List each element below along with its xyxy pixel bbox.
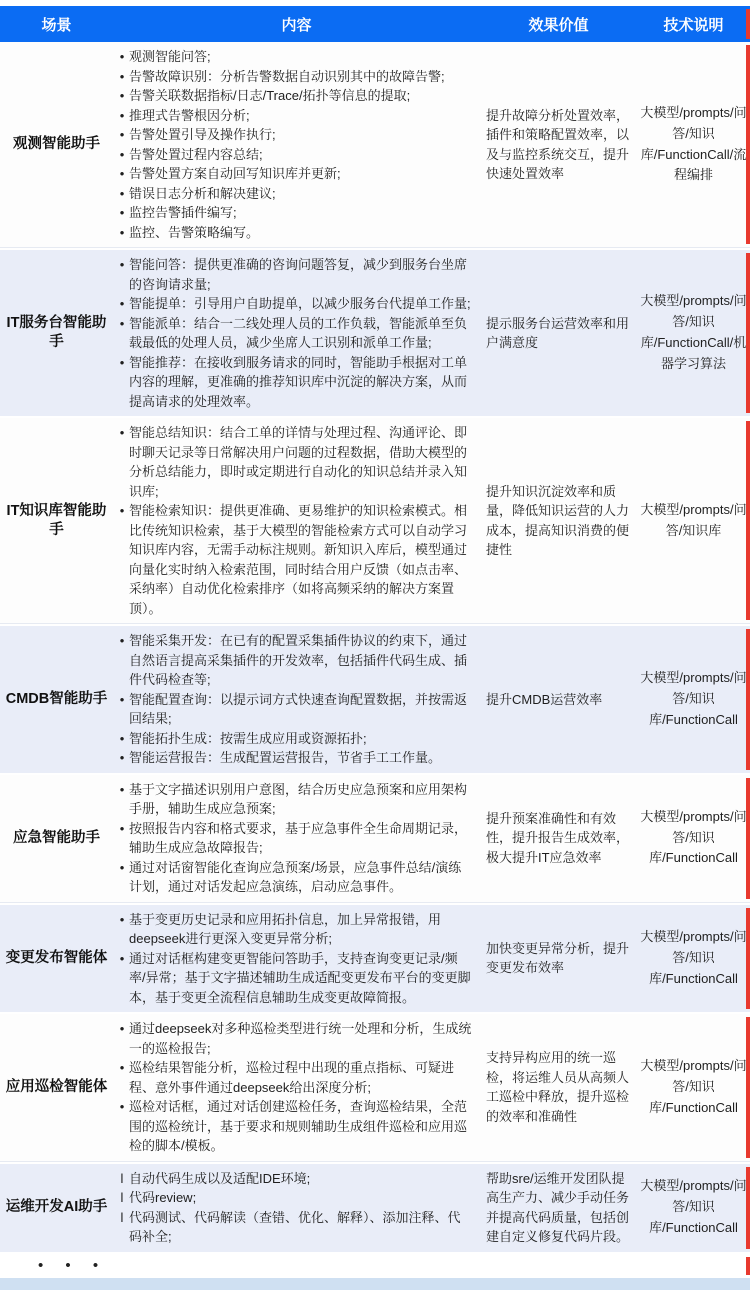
content-item-text: 告警故障识别：分析告警数据自动识别其中的故障告警; [129, 67, 472, 87]
scenario-cell: 应用巡检智能体 [0, 1014, 113, 1161]
content-item: •告警处置方案自动回写知识库并更新; [115, 164, 472, 184]
scenario-cell: IT服务台智能助手 [0, 250, 113, 416]
scenario-cell: IT知识库智能助手 [0, 418, 113, 623]
content-item: •智能总结知识：结合工单的详情与处理过程、沟通评论、即时聊天记录等日常解决用户问… [115, 423, 472, 501]
content-item: •基于文字描述识别用户意图，结合历史应急预案和应用架构手册，辅助生成应急预案; [115, 780, 472, 819]
content-item-text: 智能推荐：在接收到服务请求的同时，智能助手根据对工单内容的理解，更准确的推荐知识… [129, 353, 472, 412]
red-edge-mark [746, 1017, 750, 1158]
content-item-text: 基于文字描述识别用户意图，结合历史应急预案和应用架构手册，辅助生成应急预案; [129, 780, 472, 819]
tech-cell: 大模型/prompts/问答/知识库/FunctionCall [637, 905, 750, 1013]
bullet-marker: • [115, 164, 129, 184]
content-item-text: 通过对话窗智能化查询应急预案/场景，应急事件总结/演练计划，通过对话发起应急演练… [129, 858, 472, 897]
content-item: l自动代码生成以及适配IDE环境; [115, 1169, 472, 1189]
content-item-text: 观测智能问答; [129, 47, 472, 67]
bullet-marker: • [115, 125, 129, 145]
content-item-text: 推理式告警根因分析; [129, 106, 472, 126]
content-item-text: 通过对话框构建变更智能问答助手，支持查询变更记录/频率/异常；基于文字描述辅助生… [129, 949, 472, 1008]
content-cell: •通过deepseek对多种巡检类型进行统一处理和分析，生成统一的巡检报告;•巡… [113, 1014, 480, 1161]
column-header-content: 内容 [113, 14, 480, 35]
content-cell: •观测智能问答;•告警故障识别：分析告警数据自动识别其中的故障告警;•告警关联数… [113, 42, 480, 247]
bullet-marker: • [115, 949, 129, 969]
bullet-marker: • [115, 255, 129, 275]
table-row: IT知识库智能助手 •智能总结知识：结合工单的详情与处理过程、沟通评论、即时聊天… [0, 418, 750, 624]
content-item-text: 智能配置查询：以提示词方式快速查询配置数据，并按需返回结果; [129, 690, 472, 729]
content-item: •告警故障识别：分析告警数据自动识别其中的故障告警; [115, 67, 472, 87]
tech-cell: 大模型/prompts/问答/知识库/FunctionCall/机器学习算法 [637, 250, 750, 416]
value-cell: 帮助sre/运维开发团队提高生产力、减少手动任务并提高代码质量，包括创建自定义修… [480, 1164, 637, 1252]
content-item-text: 监控告警插件编写; [129, 203, 472, 223]
bullet-marker: • [115, 47, 129, 67]
tech-cell: 大模型/prompts/问答/知识库/FunctionCall [637, 775, 750, 902]
content-item: •基于变更历史记录和应用拓扑信息，加上异常报错，用deepseek进行更深入变更… [115, 910, 472, 949]
content-cell: l自动代码生成以及适配IDE环境;l代码review;l代码测试、代码解读（查错… [113, 1164, 480, 1252]
content-item-text: 按照报告内容和格式要求，基于应急事件全生命周期记录，辅助生成应急故障报告; [129, 819, 472, 858]
content-item: •通过deepseek对多种巡检类型进行统一处理和分析，生成统一的巡检报告; [115, 1019, 472, 1058]
red-edge-mark [746, 421, 750, 620]
red-edge-mark [746, 908, 750, 1010]
bullet-marker: • [115, 690, 129, 710]
tech-cell: 大模型/prompts/问答/知识库/FunctionCall [637, 1014, 750, 1161]
content-item: •通过对话窗智能化查询应急预案/场景，应急事件总结/演练计划，通过对话发起应急演… [115, 858, 472, 897]
tech-cell: 大模型/prompts/问答/知识库/FunctionCall [637, 1164, 750, 1252]
bullet-marker: • [115, 780, 129, 800]
red-edge-mark [746, 9, 750, 39]
content-item: •通过对话框构建变更智能问答助手，支持查询变更记录/频率/异常；基于文字描述辅助… [115, 949, 472, 1008]
content-item-text: 告警处置过程内容总结; [129, 145, 472, 165]
content-item-text: 错误日志分析和解决建议; [129, 184, 472, 204]
content-item-text: 巡检对话框，通过对话创建巡检任务，查询巡检结果，全范围的巡检统计，基于要求和规则… [129, 1097, 472, 1156]
bullet-marker: • [115, 501, 129, 521]
content-item: •智能采集开发：在已有的配置采集插件协议的约束下，通过自然语言提高采集插件的开发… [115, 631, 472, 690]
column-header-scenario: 场景 [0, 14, 113, 35]
bullet-marker: • [115, 223, 129, 243]
value-cell: 加快变更异常分析，提升变更发布效率 [480, 905, 637, 1013]
bullet-marker: • [115, 819, 129, 839]
scenario-cell: 应急智能助手 [0, 775, 113, 902]
content-item-text: 通过deepseek对多种巡检类型进行统一处理和分析，生成统一的巡检报告; [129, 1019, 472, 1058]
content-item: •巡检对话框，通过对话创建巡检任务，查询巡检结果，全范围的巡检统计，基于要求和规… [115, 1097, 472, 1156]
content-item-text: 自动代码生成以及适配IDE环境; [129, 1169, 472, 1189]
content-item-text: 智能采集开发：在已有的配置采集插件协议的约束下，通过自然语言提高采集插件的开发效… [129, 631, 472, 690]
content-item: l代码review; [115, 1188, 472, 1208]
scenario-cell: 运维开发AI助手 [0, 1164, 113, 1252]
bullet-marker: • [115, 314, 129, 334]
red-edge-mark [746, 253, 750, 413]
content-item: •告警处置引导及操作执行; [115, 125, 472, 145]
content-item: •告警处置过程内容总结; [115, 145, 472, 165]
content-item: •智能检索知识：提供更准确、更易维护的知识检索模式。相比传统知识检索，基于大模型… [115, 501, 472, 618]
value-cell: 支持异构应用的统一巡检，将运维人员从高频人工巡检中释放，提升巡检的效率和准确性 [480, 1014, 637, 1161]
content-item: •智能拓扑生成：按需生成应用或资源拓扑; [115, 729, 472, 749]
value-cell: 提升CMDB运营效率 [480, 626, 637, 773]
bullet-marker: l [115, 1169, 129, 1189]
content-cell: •基于变更历史记录和应用拓扑信息，加上异常报错，用deepseek进行更深入变更… [113, 905, 480, 1013]
content-item-text: 智能问答：提供更准确的咨询问题答复，减少到服务台坐席的咨询请求量; [129, 255, 472, 294]
content-item-text: 智能检索知识：提供更准确、更易维护的知识检索模式。相比传统知识检索，基于大模型的… [129, 501, 472, 618]
bullet-marker: • [115, 748, 129, 768]
bullet-marker: • [115, 858, 129, 878]
red-edge-mark [746, 629, 750, 770]
content-item: •监控、告警策略编写。 [115, 223, 472, 243]
content-item-text: 监控、告警策略编写。 [129, 223, 472, 243]
content-cell: •基于文字描述识别用户意图，结合历史应急预案和应用架构手册，辅助生成应急预案;•… [113, 775, 480, 902]
bullet-marker: • [115, 106, 129, 126]
content-cell: •智能总结知识：结合工单的详情与处理过程、沟通评论、即时聊天记录等日常解决用户问… [113, 418, 480, 623]
scenario-cell: 观测智能助手 [0, 42, 113, 247]
content-item-text: 智能拓扑生成：按需生成应用或资源拓扑; [129, 729, 472, 749]
table-row: 应急智能助手 •基于文字描述识别用户意图，结合历史应急预案和应用架构手册，辅助生… [0, 775, 750, 903]
bullet-marker: • [115, 203, 129, 223]
content-item: •智能问答：提供更准确的咨询问题答复，减少到服务台坐席的咨询请求量; [115, 255, 472, 294]
value-cell: 提升预案准确性和有效性，提升报告生成效率，极大提升IT应急效率 [480, 775, 637, 902]
bullet-marker: l [115, 1188, 129, 1208]
tech-cell: 大模型/prompts/问答/知识库 [637, 418, 750, 623]
content-item-text: 代码review; [129, 1188, 472, 1208]
content-item: •巡检结果智能分析，巡检过程中出现的重点指标、可疑进程、意外事件通过deepse… [115, 1058, 472, 1097]
content-item: •智能提单：引导用户自助提单，以减少服务台代提单工作量; [115, 294, 472, 314]
bullet-marker: • [115, 145, 129, 165]
scenario-cell: 变更发布智能体 [0, 905, 113, 1013]
content-item-text: 智能提单：引导用户自助提单，以减少服务台代提单工作量; [129, 294, 472, 314]
tech-cell: 大模型/prompts/问答/知识库/FunctionCall/流程编排 [637, 42, 750, 247]
content-item: •按照报告内容和格式要求，基于应急事件全生命周期记录，辅助生成应急故障报告; [115, 819, 472, 858]
content-item-text: 告警关联数据指标/日志/Trace/拓扑等信息的提取; [129, 86, 472, 106]
content-item: •智能派单：结合一二线处理人员的工作负载，智能派单至负载最低的处理人员，减少坐席… [115, 314, 472, 353]
content-item: •智能配置查询：以提示词方式快速查询配置数据，并按需返回结果; [115, 690, 472, 729]
bullet-marker: • [115, 86, 129, 106]
content-item: •智能推荐：在接收到服务请求的同时，智能助手根据对工单内容的理解，更准确的推荐知… [115, 353, 472, 412]
value-cell: 提升故障分析处置效率，插件和策略配置效率，以及与监控系统交互，提升快速处置效率 [480, 42, 637, 247]
table-body: 观测智能助手 •观测智能问答;•告警故障识别：分析告警数据自动识别其中的故障告警… [0, 42, 750, 1254]
table-row: 变更发布智能体 •基于变更历史记录和应用拓扑信息，加上异常报错，用deepsee… [0, 903, 750, 1015]
table-row: IT服务台智能助手 •智能问答：提供更准确的咨询问题答复，减少到服务台坐席的咨询… [0, 248, 750, 418]
tech-cell: 大模型/prompts/问答/知识库/FunctionCall [637, 626, 750, 773]
bullet-marker: • [115, 1058, 129, 1078]
table-row: 应用巡检智能体 •通过deepseek对多种巡检类型进行统一处理和分析，生成统一… [0, 1014, 750, 1162]
bullet-marker: • [115, 729, 129, 749]
content-item-text: 智能派单：结合一二线处理人员的工作负载，智能派单至负载最低的处理人员，减少坐席人… [129, 314, 472, 353]
red-edge-mark [746, 1257, 750, 1275]
red-edge-mark [746, 778, 750, 899]
page: 场景 内容 效果价值 技术说明 观测智能助手 •观测智能问答;•告警故障识别：分… [0, 0, 750, 1290]
column-header-value: 效果价值 [480, 14, 637, 35]
bullet-marker: • [115, 294, 129, 314]
ellipsis-row: • • • [0, 1254, 750, 1278]
bullet-marker: • [115, 631, 129, 651]
content-item: •观测智能问答; [115, 47, 472, 67]
content-item: l代码测试、代码解读（查错、优化、解释）、添加注释、代码补全; [115, 1208, 472, 1247]
red-edge-mark [746, 1167, 750, 1249]
bottom-bar [0, 1278, 750, 1290]
table-row: 运维开发AI助手 l自动代码生成以及适配IDE环境;l代码review;l代码测… [0, 1162, 750, 1254]
ellipsis-dots: • • • [38, 1257, 107, 1274]
content-item-text: 智能总结知识：结合工单的详情与处理过程、沟通评论、即时聊天记录等日常解决用户问题… [129, 423, 472, 501]
bullet-marker: • [115, 910, 129, 930]
content-item-text: 告警处置引导及操作执行; [129, 125, 472, 145]
bullet-marker: • [115, 1019, 129, 1039]
content-item-text: 巡检结果智能分析，巡检过程中出现的重点指标、可疑进程、意外事件通过deepsee… [129, 1058, 472, 1097]
table-row: 观测智能助手 •观测智能问答;•告警故障识别：分析告警数据自动识别其中的故障告警… [0, 42, 750, 248]
bullet-marker: • [115, 1097, 129, 1117]
bullet-marker: • [115, 423, 129, 443]
content-item-text: 基于变更历史记录和应用拓扑信息，加上异常报错，用deepseek进行更深入变更异… [129, 910, 472, 949]
bullet-marker: l [115, 1208, 129, 1228]
bullet-marker: • [115, 67, 129, 87]
content-item: •监控告警插件编写; [115, 203, 472, 223]
content-cell: •智能采集开发：在已有的配置采集插件协议的约束下，通过自然语言提高采集插件的开发… [113, 626, 480, 773]
content-cell: •智能问答：提供更准确的咨询问题答复，减少到服务台坐席的咨询请求量;•智能提单：… [113, 250, 480, 416]
content-item-text: 智能运营报告：生成配置运营报告，节省手工工作量。 [129, 748, 472, 768]
content-item: •错误日志分析和解决建议; [115, 184, 472, 204]
content-item: •智能运营报告：生成配置运营报告，节省手工工作量。 [115, 748, 472, 768]
content-item: •推理式告警根因分析; [115, 106, 472, 126]
value-cell: 提示服务台运营效率和用户满意度 [480, 250, 637, 416]
red-edge-mark [746, 45, 750, 244]
table-header-row: 场景 内容 效果价值 技术说明 [0, 6, 750, 42]
column-header-tech: 技术说明 [637, 14, 750, 35]
value-cell: 提升知识沉淀效率和质量，降低知识运营的人力成本，提高知识消费的便捷性 [480, 418, 637, 623]
bullet-marker: • [115, 184, 129, 204]
content-item: •告警关联数据指标/日志/Trace/拓扑等信息的提取; [115, 86, 472, 106]
table-row: CMDB智能助手 •智能采集开发：在已有的配置采集插件协议的约束下，通过自然语言… [0, 624, 750, 775]
content-item-text: 代码测试、代码解读（查错、优化、解释）、添加注释、代码补全; [129, 1208, 472, 1247]
content-item-text: 告警处置方案自动回写知识库并更新; [129, 164, 472, 184]
scenario-cell: CMDB智能助手 [0, 626, 113, 773]
bullet-marker: • [115, 353, 129, 373]
